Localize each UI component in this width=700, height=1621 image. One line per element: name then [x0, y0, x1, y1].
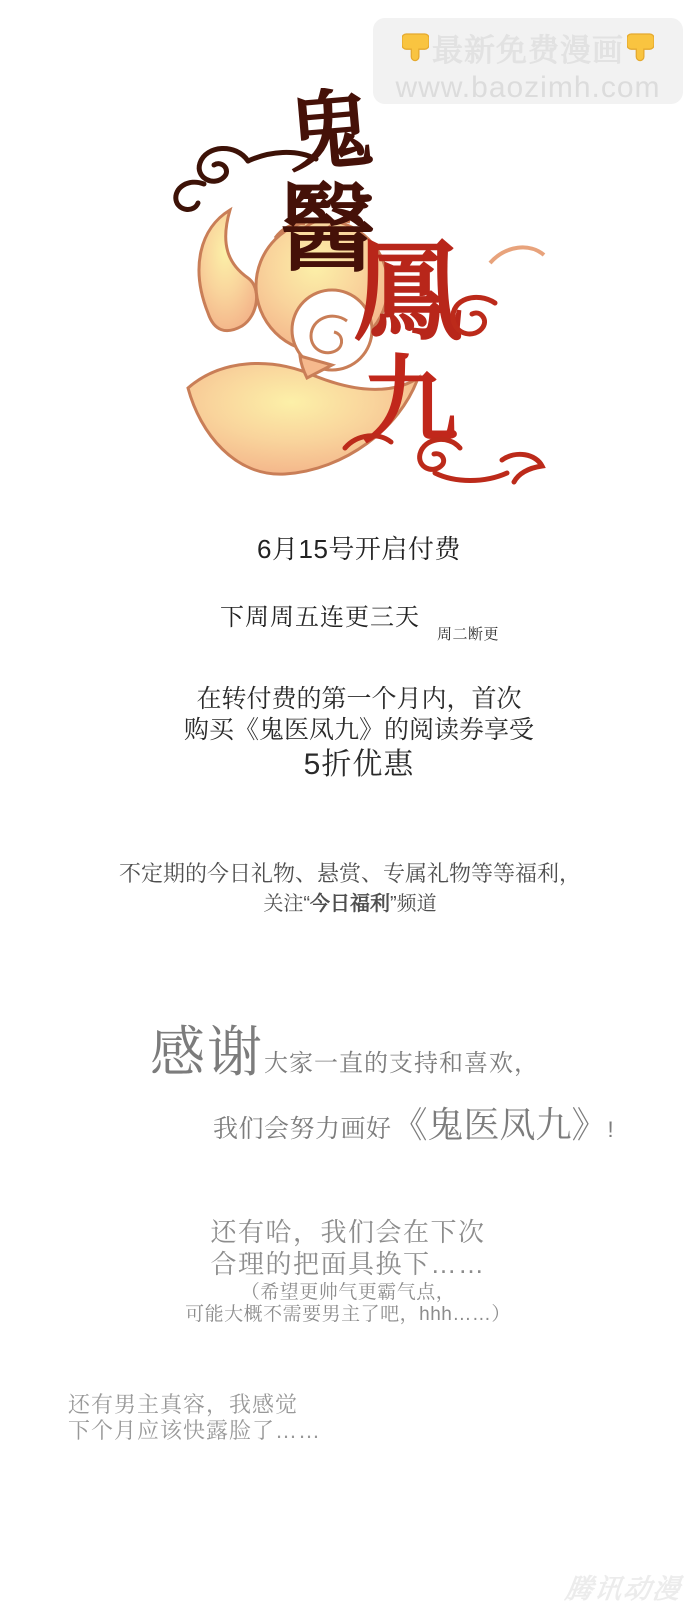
mask-line2: 合理的把面具换下……	[210, 1249, 485, 1279]
logo-char-gui: 鬼	[283, 88, 377, 186]
hero-line2: 下个月应该快露脸了……	[68, 1418, 321, 1443]
comic-title-text: 《鬼医凤九》	[392, 1104, 608, 1145]
promo-notice: 在转付费的第一个月内，首次 购买《鬼医凤九》的阅读券享受 5折优惠	[0, 684, 700, 780]
update-note: 周二断更	[437, 623, 499, 644]
benefit-line1: 不定期的今日礼物、悬赏、专属礼物等等福利，	[119, 861, 581, 886]
thanks-line1-rest: 大家一直的支持和喜欢，	[264, 1050, 539, 1077]
phoenix-logo-illustration: 鬼 醫 鳳 九	[150, 88, 570, 508]
comic-announcement-page: 最新免费漫画 www.baozimh.com	[0, 0, 700, 1621]
benefit-notice: 不定期的今日礼物、悬赏、专属礼物等等福利， 关注“今日福利”频道	[0, 859, 700, 919]
promo-discount: 5折优惠	[0, 749, 700, 780]
thanks-line1: 感谢大家一直的支持和喜欢，	[150, 1008, 614, 1087]
comic-logo: 鬼 醫 鳳 九	[150, 88, 570, 508]
hero-face-notice: 还有男主真容，我感觉 下个月应该快露脸了……	[68, 1392, 321, 1444]
publisher-watermark: 腾讯动漫	[563, 1567, 684, 1606]
benefit-channel-name: 今日福利	[310, 893, 390, 915]
point-down-icon	[627, 32, 654, 63]
mask-line1: 还有哈，我们会在下次	[210, 1217, 485, 1247]
mask-change-notice: 还有哈，我们会在下次 合理的把面具换下……	[0, 1216, 696, 1280]
benefit-line2-prefix: 关注“	[263, 893, 310, 915]
thanks-line2: 我们会努力画好《鬼医凤九》!	[213, 1097, 614, 1148]
mask-note1: （希望更帅气更霸气点，	[241, 1282, 456, 1303]
banner-title-row: 最新免费漫画	[373, 25, 683, 70]
pay-start-notice: 6月15号开启付费	[0, 529, 700, 566]
thanks-line2-prefix: 我们会努力画好	[213, 1115, 392, 1143]
logo-char-feng: 鳳	[353, 227, 463, 356]
mask-change-note: （希望更帅气更霸气点， 可能大概不需要男主了吧，hhh……）	[0, 1282, 696, 1326]
promo-line1: 在转付费的第一个月内，首次	[196, 685, 521, 713]
banner-title: 最新免费漫画	[432, 25, 624, 70]
benefit-line2: 关注“今日福利”频道	[263, 893, 436, 915]
point-down-icon	[402, 32, 429, 63]
benefit-line2-suffix: ”频道	[390, 893, 437, 915]
thanks-big-word: 感谢	[150, 1021, 264, 1083]
thanks-line2-suffix: !	[608, 1117, 614, 1142]
hero-line1: 还有男主真容，我感觉	[68, 1392, 298, 1417]
thanks-message: 感谢大家一直的支持和喜欢， 我们会努力画好《鬼医凤九》!	[150, 1008, 614, 1148]
update-plan-notice: 下周周五连更三天	[0, 597, 640, 632]
mask-note2: 可能大概不需要男主了吧，hhh……）	[185, 1304, 511, 1325]
promo-line2: 购买《鬼医凤九》的阅读券享受	[184, 716, 534, 744]
